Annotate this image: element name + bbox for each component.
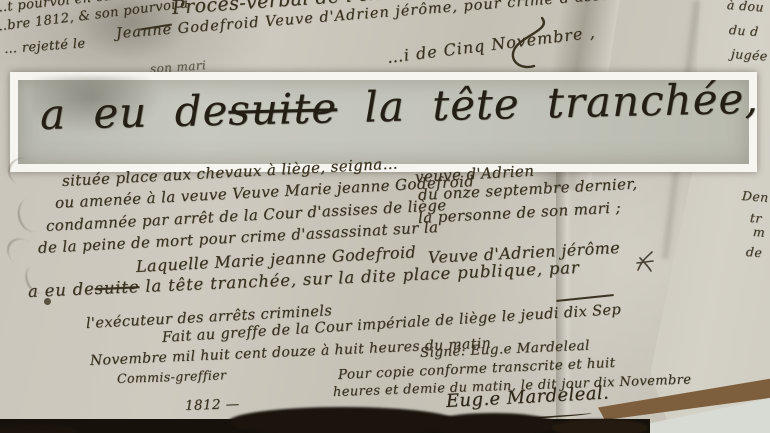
closing-line: 1812 —	[185, 396, 240, 414]
ink-dot	[44, 298, 51, 305]
ink-blot-mark	[634, 250, 656, 274]
bleedthrough-mark	[14, 195, 50, 235]
manuscript-photo: …t pourvoi en cassation le 13 …bre 1812,…	[0, 0, 770, 433]
page-fragment: Den	[741, 188, 769, 205]
body-line: la personne de son mari ;	[418, 198, 622, 227]
table-edge-shadow	[228, 407, 458, 433]
page-fragment: de	[745, 244, 762, 260]
table-edge-shadow	[552, 419, 648, 433]
inset-text-before: a eu de	[39, 86, 228, 139]
page-fragment: m	[752, 224, 765, 240]
closing-line: Commis-greffier	[117, 367, 227, 386]
table-edge-shadow	[428, 413, 558, 433]
sentence-struck: suite	[94, 277, 140, 298]
table-edge-shadow	[0, 424, 78, 433]
inset-text-struck: suite	[228, 83, 338, 134]
pen-flourish-descender	[500, 16, 560, 74]
page-fragment: du d	[728, 22, 759, 39]
page-fragment: à dou	[726, 0, 764, 15]
inset-text-after: la tête tranchée,	[337, 74, 760, 133]
page-fragment: jugée	[730, 46, 768, 64]
